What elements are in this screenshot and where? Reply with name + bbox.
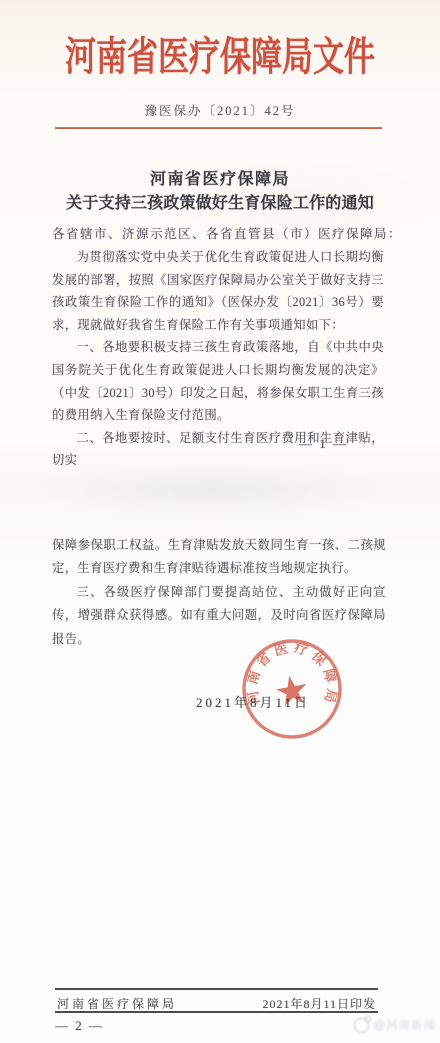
salutation-line: 各省辖市、济源示范区、各省直管县（市）医疗保障局： xyxy=(52,224,388,242)
document-title-line1: 河南省医疗保障局 xyxy=(0,166,440,189)
red-divider-rule xyxy=(55,127,382,129)
paragraph: 保障参保职工权益。生育津贴发放天数同生育一孩、二孩规定，生育医疗费和生育津贴待遇… xyxy=(52,534,386,581)
page1-number: — 1 — xyxy=(299,436,348,452)
watermark-text: @河南新闻 xyxy=(373,1017,436,1033)
document-number: 豫医保办〔2021〕42号 xyxy=(0,101,440,119)
scanned-official-document: 河南省医疗保障局文件 豫医保办〔2021〕42号 河南省医疗保障局 关于支持三孩… xyxy=(0,0,440,1043)
document-title-line2: 关于支持三孩政策做好生育保险工作的通知 xyxy=(0,190,440,213)
footer-rule-top xyxy=(55,988,378,990)
paragraph: 为贯彻落实党中央关于优化生育政策促进人口长期均衡发展的部署，按照《国家医疗保障局… xyxy=(52,246,384,336)
footer-rule-bottom xyxy=(55,1011,378,1013)
page2-number: — 2 — xyxy=(55,1018,104,1034)
document-masthead: 河南省医疗保障局文件 xyxy=(0,24,440,82)
signature-date: 2021年8月11日 xyxy=(196,692,310,711)
watermark-logo-icon xyxy=(354,1018,369,1033)
footer-issuer: 河南省医疗保障局 xyxy=(57,995,177,1012)
official-red-seal: 河南省医疗保障局 ★ xyxy=(214,612,370,768)
paragraph: 一、各地要积极支持三孩生育政策落地，自《中共中央 国务院关于优化生育政策促进人口… xyxy=(52,336,384,426)
watermark: @河南新闻 xyxy=(354,1017,436,1033)
footer-print-date: 2021年8月11日印发 xyxy=(262,995,376,1012)
